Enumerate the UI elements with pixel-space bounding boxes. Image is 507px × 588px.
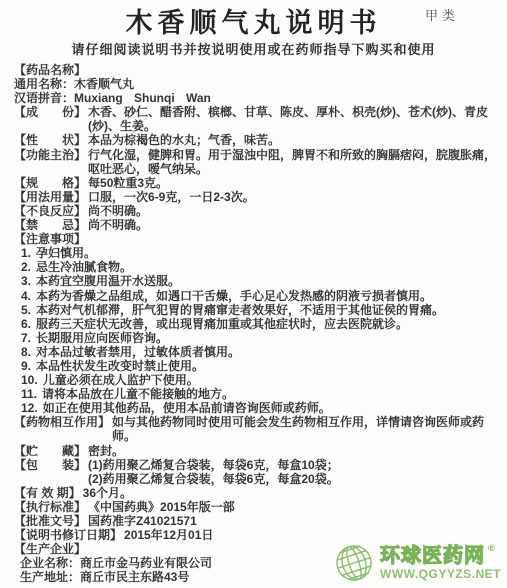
field-value: 行气化湿，健脾和胃。用于湿浊中阻，脾胃不和所致的胸膈痞闷，脘腹胀痛，呕吐恶心，嗳… [88,148,499,176]
section-label: 【注意事项】 [14,232,499,246]
field-label: 【贮 藏】 [14,444,86,458]
field-label: 【规 格】 [14,176,86,190]
field-row: 【包 装】(1)药用聚乙烯复合袋装，每袋6克，每盒10袋；(2)药用聚乙烯复合袋… [14,458,499,486]
field-label: 【批准文号】 [14,514,86,528]
note-number: 2. [21,260,31,274]
field-value-line: 口服，一次6-9克，一日2-3次。 [88,190,499,204]
field-row: 【说明书修订日期】2015年12月01日 [14,528,499,542]
note-item: 9.本品性状发生改变时禁止使用。 [14,359,499,373]
field-label: 【不良反应】 [14,204,86,218]
page-subtitle: 请仔细阅读说明书并按说明使用或在药师指导下购买和使用 [0,42,507,57]
field-row: 【性 状】本品为棕褐色的水丸；气香，味苦。 [14,133,499,147]
note-number: 8. [21,345,31,359]
leaflet-body: 【药品名称】通用名称：木香顺气丸汉语拼音：Muxiang Shunqi Wan【… [0,57,507,584]
note-item: 8.对本品过敏者禁用，过敏体质者慎用。 [14,345,499,359]
note-item: 1.孕妇慎用。 [14,246,499,260]
field-value: 本品为棕褐色的水丸；气香，味苦。 [88,133,499,147]
note-text: 本品性状发生改变时禁止使用。 [36,359,499,373]
field-value-line: 36个月。 [83,486,499,500]
field-label: 【用法用量】 [14,190,86,204]
field-row: 【批准文号】国药准字Z41021571 [14,514,499,528]
field-value: 尚不明确。 [88,218,499,232]
field-value: (1)药用聚乙烯复合袋装，每袋6克，每盒10袋；(2)药用聚乙烯复合袋装，每袋6… [88,458,499,486]
note-text: 请将本品放在儿童不能接触的地方。 [42,387,499,401]
field-value-line: 《中国药典》2015年版一部 [88,500,499,514]
field-label: 【说明书修订日期】 [14,528,122,542]
note-text: 孕妇慎用。 [36,246,499,260]
note-text: 儿童必须在成人监护下使用。 [43,373,499,387]
watermark-brand: 环球医药网 [380,546,485,567]
note-number: 6. [21,317,31,331]
field-value: 尚不明确。 [88,204,499,218]
field-value-line: 木香、砂仁、醋香附、槟榔、甘草、陈皮、厚朴、枳壳(炒)、苍术(炒)、青皮(炒)、… [88,105,499,133]
field-row: 【药物相互作用】如与其他药物同时使用可能会发生药物相互作用，详情请咨询医师或药师… [14,415,499,443]
field-value: 如与其他药物同时使用可能会发生药物相互作用，详情请咨询医师或药师。 [112,415,499,443]
field-label: 【包 装】 [14,458,86,472]
field-value: 木香、砂仁、醋香附、槟榔、甘草、陈皮、厚朴、枳壳(炒)、苍术(炒)、青皮(炒)、… [88,105,499,133]
note-text: 服药三天症状无改善，或出现胃痛加重或其他症状时，应去医院就诊。 [36,317,499,331]
note-text: 忌生冷油腻食物。 [36,260,499,274]
leaflet-page: 甲类 木香顺气丸说明书 请仔细阅读说明书并按说明使用或在药师指导下购买和使用 【… [0,0,507,588]
field-label: 【功能主治】 [14,148,86,162]
field-value: 密封。 [88,444,499,458]
globe-icon [333,542,375,584]
field-value: 2015年12月01日 [124,528,499,542]
field-label: 【禁 忌】 [14,218,86,232]
note-number: 12. [21,401,38,415]
note-number: 1. [21,246,31,260]
note-text: 本药宜空腹用温开水送服。 [36,274,499,288]
field-value: 每50粒重3克。 [88,176,499,190]
note-number: 4. [21,289,31,303]
field-label: 【执行标准】 [14,500,86,514]
note-text: 长期服用应向医师咨询。 [36,331,499,345]
note-item: 12.如正在使用其他药品，使用本品前请咨询医师或药师。 [14,401,499,415]
field-value-line: 每50粒重3克。 [88,176,499,190]
note-number: 7. [21,331,31,345]
note-item: 2.忌生冷油腻食物。 [14,260,499,274]
field-row: 【有 效 期】36个月。 [14,486,499,500]
field-value: 口服，一次6-9克，一日2-3次。 [88,190,499,204]
note-number: 3. [21,274,31,288]
registered-mark-icon: ® [488,544,495,553]
note-number: 10. [21,373,38,387]
note-number: 5. [21,303,31,317]
note-text: 如正在使用其他药品，使用本品前请咨询医师或药师。 [43,401,499,415]
watermark-brand-row: 环球医药网 ® [380,546,501,567]
section-label: 【药品名称】 [14,63,499,77]
note-item: 10.儿童必须在成人监护下使用。 [14,373,499,387]
note-item: 6.服药三天症状无改善，或出现胃痛加重或其他症状时，应去医院就诊。 [14,317,499,331]
field-row: 【规 格】每50粒重3克。 [14,176,499,190]
note-item: 7.长期服用应向医师咨询。 [14,331,499,345]
field-value-line: 行气化湿，健脾和胃。用于湿浊中阻，脾胃不和所致的胸膈痞闷，脘腹胀痛，呕吐恶心，嗳… [88,148,499,176]
note-number: 11. [21,387,37,401]
field-label: 【成 份】 [14,105,86,119]
field-label: 【药物相互作用】 [14,415,110,429]
note-text: 本药对气机郁滞，肝气犯胃的胃痛窜走者效果好，不适用于其他证侯的胃痛。 [36,303,499,317]
field-value-line: (1)药用聚乙烯复合袋装，每袋6克，每盒10袋； [88,458,499,472]
note-text: 对本品过敏者禁用，过敏体质者慎用。 [36,345,499,359]
field-label: 【性 状】 [14,133,86,147]
field-value: 36个月。 [83,486,499,500]
field-value-line: 尚不明确。 [88,204,499,218]
field-row: 【贮 藏】密封。 [14,444,499,458]
watermark: 环球医药网 ® WWW.QGYYZS.NET [333,542,501,584]
category-tag: 甲类 [425,5,459,24]
field-value-line: 如与其他药物同时使用可能会发生药物相互作用，详情请咨询医师或药师。 [112,415,499,443]
field-line: 通用名称：木香顺气丸 [14,77,499,91]
note-item: 3.本药宜空腹用温开水送服。 [14,274,499,288]
watermark-site: WWW.QGYYZS.NET [380,567,501,581]
note-text: 本药为香燥之品组成，如遇口干舌燥，手心足心发热感的阴液亏损者慎用。 [36,289,499,303]
field-row: 【成 份】木香、砂仁、醋香附、槟榔、甘草、陈皮、厚朴、枳壳(炒)、苍术(炒)、青… [14,105,499,133]
note-number: 9. [21,359,31,373]
field-value-line: 2015年12月01日 [124,528,499,542]
watermark-text: 环球医药网 ® WWW.QGYYZS.NET [380,546,501,581]
field-line: 汉语拼音：Muxiang Shunqi Wan [14,91,499,105]
field-value-line: 密封。 [88,444,499,458]
field-row: 【执行标准】《中国药典》2015年版一部 [14,500,499,514]
note-item: 11.请将本品放在儿童不能接触的地方。 [14,387,499,401]
field-row: 【功能主治】行气化湿，健脾和胃。用于湿浊中阻，脾胃不和所致的胸膈痞闷，脘腹胀痛，… [14,148,499,176]
field-row: 【不良反应】尚不明确。 [14,204,499,218]
note-item: 4.本药为香燥之品组成，如遇口干舌燥，手心足心发热感的阴液亏损者慎用。 [14,289,499,303]
field-row: 【用法用量】口服，一次6-9克，一日2-3次。 [14,190,499,204]
field-value-line: 本品为棕褐色的水丸；气香，味苦。 [88,133,499,147]
field-value-line: 尚不明确。 [88,218,499,232]
field-value-line: (2)药用聚乙烯复合袋装，每袋6克，每盒20袋。 [88,472,499,486]
field-row: 【禁 忌】尚不明确。 [14,218,499,232]
field-value: 《中国药典》2015年版一部 [88,500,499,514]
note-item: 5.本药对气机郁滞，肝气犯胃的胃痛窜走者效果好，不适用于其他证侯的胃痛。 [14,303,499,317]
field-value: 国药准字Z41021571 [88,514,499,528]
field-value-line: 国药准字Z41021571 [88,514,499,528]
field-label: 【有 效 期】 [14,486,81,500]
